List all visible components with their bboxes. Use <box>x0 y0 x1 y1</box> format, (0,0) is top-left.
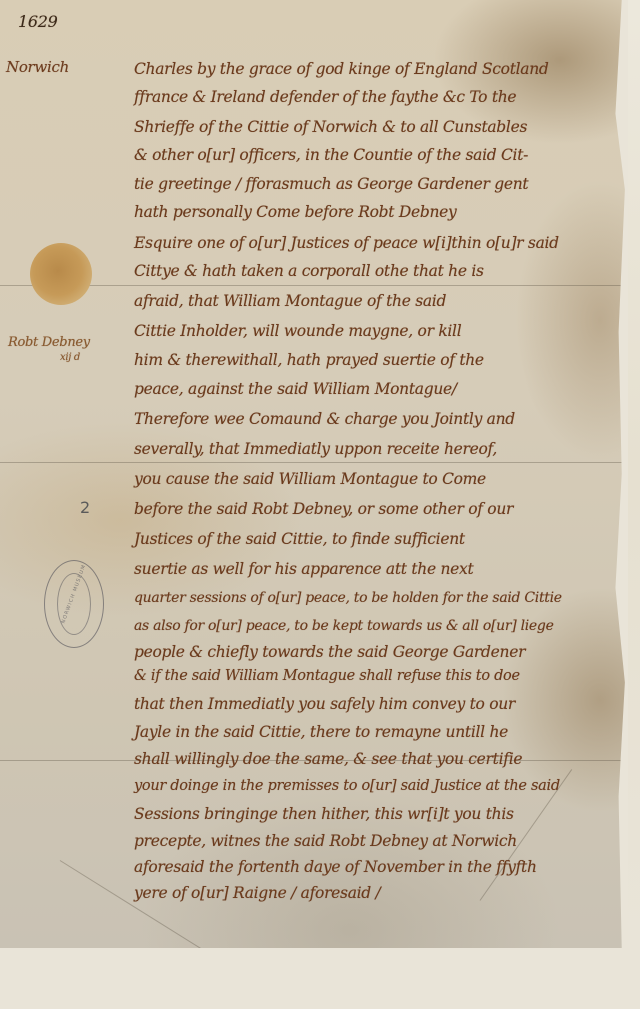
text-line: quarter sessions of o[ur] peace, to be h… <box>134 590 562 606</box>
year-note: 1629 <box>18 12 58 31</box>
county-margin-note: Norwich <box>6 58 69 76</box>
text-line: you cause the said William Montague to C… <box>134 470 486 488</box>
stamp-text: NORWICH MUSEUM <box>60 562 88 626</box>
text-line: people & chiefly towards the said George… <box>134 643 525 661</box>
marginal-fee-note: xij d <box>60 352 80 363</box>
fold-line <box>0 462 640 463</box>
scan-background-strip <box>628 0 640 948</box>
text-line: Esquire one of o[ur] Justices of peace w… <box>134 234 559 252</box>
museum-stamp: NORWICH MUSEUM <box>44 560 104 648</box>
text-line: Therefore wee Comaund & charge you Joint… <box>134 410 515 428</box>
text-line: shall willingly doe the same, & see that… <box>134 750 522 768</box>
text-line: before the said Robt Debney, or some oth… <box>134 500 513 518</box>
text-line: Shrieffe of the Cittie of Norwich & to a… <box>134 118 527 136</box>
pencil-folio-mark: 2 <box>80 498 90 517</box>
text-line: Cittie Inholder, will wounde maygne, or … <box>134 322 461 340</box>
text-line: that then Immediatly you safely him conv… <box>134 695 515 713</box>
text-line: aforesaid the fortenth daye of November … <box>134 858 537 876</box>
text-line: Justices of the said Cittie, to finde su… <box>134 530 465 548</box>
text-line: him & therewithall, hath prayed suertie … <box>134 351 484 369</box>
text-line: peace, against the said William Montague… <box>134 380 457 398</box>
text-line: & if the said William Montague shall ref… <box>134 668 520 684</box>
text-line: suertie as well for his apparence att th… <box>134 560 473 578</box>
fold-line <box>0 285 640 286</box>
text-line: tie greetinge / fforasmuch as George Gar… <box>134 175 528 193</box>
text-line: as also for o[ur] peace, to be kept towa… <box>134 618 554 634</box>
text-line: afraid, that William Montague of the sai… <box>134 292 446 310</box>
text-line: severally, that Immediatly uppon receite… <box>134 440 497 458</box>
text-line: precepte, witnes the said Robt Debney at… <box>134 832 517 850</box>
text-line: Sessions bringinge then hither, this wr[… <box>134 805 514 823</box>
manuscript-page: NORWICH MUSEUM 1629 Norwich Robt Debney … <box>0 0 628 948</box>
text-line: your doinge in the premisses to o[ur] sa… <box>134 778 560 794</box>
text-line: hath personally Come before Robt Debney <box>134 203 456 221</box>
text-line: & other o[ur] officers, in the Countie o… <box>134 146 528 164</box>
text-line: ffrance & Ireland defender of the faythe… <box>134 88 516 106</box>
text-line: Jayle in the said Cittie, there to remay… <box>134 723 508 741</box>
marginal-justice-name: Robt Debney <box>8 335 90 350</box>
text-line: Charles by the grace of god kinge of Eng… <box>134 60 549 78</box>
text-line: Cittye & hath taken a corporall othe tha… <box>134 262 484 280</box>
text-line: yere of o[ur] Raigne / aforesaid / <box>134 884 380 902</box>
ink-stain <box>30 243 92 305</box>
